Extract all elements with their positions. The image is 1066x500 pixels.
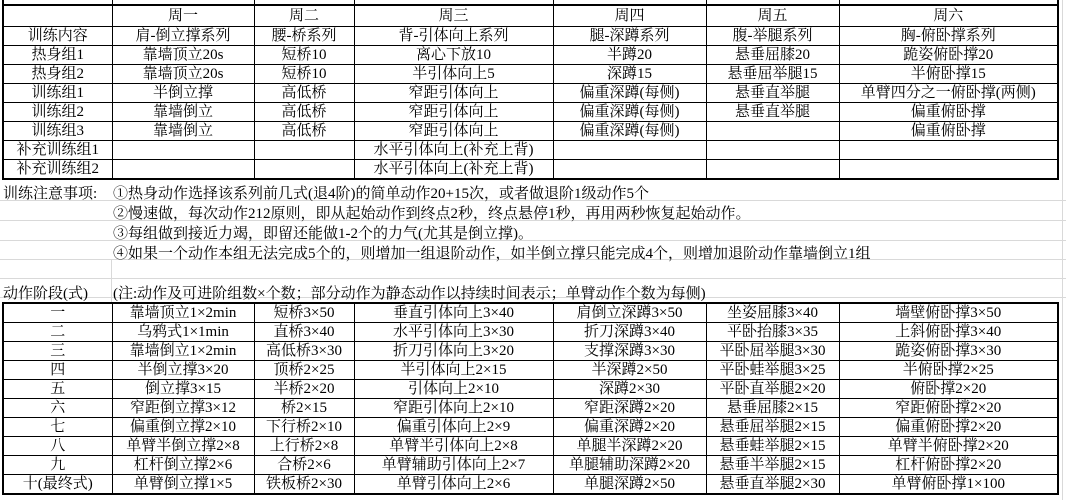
schedule-row: 训练内容肩-倒立撑系列腰-桥系列背-引体向上系列腿-深蹲系列腹-举腿系列胸-俯卧… [3,27,1058,46]
schedule-cell[interactable]: 靠墙顶立20s [112,65,254,84]
schedule-cell[interactable]: 半蹲20 [553,46,706,65]
schedule-cell[interactable]: 深蹲15 [553,65,706,84]
schedule-cell[interactable]: 高低桥 [254,103,354,122]
stage-cell[interactable]: 直桥3×40 [254,323,354,342]
stage-cell[interactable]: 杠杆倒立撑2×6 [112,456,254,475]
day-header-row: 周一周二周三周四周五周六 [3,5,1058,27]
schedule-row: 热身组1靠墙顶立20s短桥10离心下放10半蹲20悬垂屈膝20跪姿俯卧撑20 [3,46,1058,65]
schedule-cell[interactable]: 偏重深蹲(每侧) [553,84,706,103]
schedule-cell[interactable]: 悬垂屈膝20 [706,46,839,65]
stage-cell[interactable]: 偏重引体向上2×9 [354,418,553,437]
stage-row: 八单臂半倒立撑2×8上行桥2×8单臂半引体向上2×8单腿半深蹲2×20悬垂蛙举腿… [3,437,1058,456]
schedule-cell[interactable]: 半引体向上5 [354,65,553,84]
stage-cell[interactable]: 支撑深蹲3×30 [553,342,706,361]
stage-cell[interactable]: 桥2×15 [254,399,354,418]
stage-row-label[interactable]: 三 [3,342,112,361]
stage-cell[interactable]: 半俯卧撑2×25 [839,361,1058,380]
stage-cell[interactable]: 单腿深蹲2×50 [553,475,706,495]
schedule-cell[interactable]: 偏重深蹲(每侧) [553,103,706,122]
stage-cell[interactable]: 半倒立撑3×20 [112,361,254,380]
schedule-row: 补充训练组1水平引体向上(补充上背) [3,141,1058,160]
stage-cell[interactable]: 上斜俯卧撑3×40 [839,323,1058,342]
schedule-row-label[interactable]: 补充训练组2 [3,160,112,180]
stage-cell[interactable]: 水平引体向上3×30 [354,323,553,342]
stage-cell[interactable]: 窄距倒立撑3×12 [112,399,254,418]
stage-cell[interactable]: 引体向上2×10 [354,380,553,399]
stage-cell[interactable]: 偏重深蹲2×20 [553,418,706,437]
stage-cell[interactable]: 靠墙顶立1×2min [112,303,254,323]
stage-cell[interactable]: 肩倒立深蹲3×50 [553,303,706,323]
schedule-row-label[interactable]: 训练组1 [3,84,112,103]
corner-cell[interactable] [3,5,112,27]
stage-cell[interactable]: 高低桥3×30 [254,342,354,361]
schedule-cell[interactable]: 短桥10 [254,65,354,84]
schedule-cell[interactable] [254,160,354,180]
stage-row: 十(最终式)单臂倒立撑1×5铁板桥2×30单臂引体向上2×6单腿深蹲2×50悬垂… [3,475,1058,495]
stage-row: 一靠墙顶立1×2min短桥3×50垂直引体向上3×40肩倒立深蹲3×50坐姿屈膝… [3,303,1058,323]
stage-cell[interactable]: 窄距深蹲2×20 [553,399,706,418]
stage-cell[interactable]: 单臂引体向上2×6 [354,475,553,495]
schedule-row-label[interactable]: 训练组2 [3,103,112,122]
stage-cell[interactable]: 俯卧撑2×20 [839,380,1058,399]
schedule-cell[interactable]: 窄距引体向上 [354,84,553,103]
stage-row-label[interactable]: 十(最终式) [3,475,112,495]
stage-row: 六窄距倒立撑3×12桥2×15窄距引体向上2×10窄距深蹲2×20悬垂屈膝2×1… [3,399,1058,418]
schedule-row-label[interactable]: 训练内容 [3,27,112,46]
stage-cell[interactable]: 平卧抬膝3×35 [706,323,839,342]
schedule-cell[interactable]: 悬垂直举腿 [706,103,839,122]
stage-cell[interactable]: 半桥2×20 [254,380,354,399]
stage-cell[interactable]: 单臂倒立撑1×5 [112,475,254,495]
note-line[interactable]: ①热身动作选择该系列前几式(退4阶)的简单动作20+15次，或者做退阶1级动作5… [113,184,649,204]
stage-row-label[interactable]: 二 [3,323,112,342]
schedule-cell[interactable]: 悬垂直举腿 [706,84,839,103]
stage-cell[interactable]: 偏重倒立撑2×10 [112,418,254,437]
stage-row: 四半倒立撑3×20顶桥2×25半引体向上2×15半深蹲2×50平卧蛙举腿3×25… [3,361,1058,380]
stage-cell[interactable]: 悬垂蛙举腿2×15 [706,437,839,456]
schedule-cell[interactable] [706,160,839,180]
stage-row-label[interactable]: 四 [3,361,112,380]
stage-cell[interactable]: 短桥3×50 [254,303,354,323]
stage-cell[interactable]: 半引体向上2×15 [354,361,553,380]
schedule-row-label[interactable]: 补充训练组1 [3,141,112,160]
schedule-cell[interactable] [112,160,254,180]
stage-cell[interactable]: 平卧直举腿2×20 [706,380,839,399]
stage-cell[interactable]: 乌鸦式1×1min [112,323,254,342]
stage-cell[interactable]: 单腿半深蹲2×20 [553,437,706,456]
schedule-cell[interactable]: 短桥10 [254,46,354,65]
stage-row-label[interactable]: 五 [3,380,112,399]
stage-cell[interactable]: 杠杆俯卧撑2×20 [839,456,1058,475]
schedule-cell[interactable]: 腿-深蹲系列 [553,27,706,46]
schedule-cell[interactable]: 靠墙倒立 [112,122,254,141]
stage-cell[interactable]: 单臂辅助引体向上2×7 [354,456,553,475]
stage-cell[interactable]: 折刀引体向上3×20 [354,342,553,361]
stage-row: 九杠杆倒立撑2×6合桥2×6单臂辅助引体向上2×7单腿辅助深蹲2×20悬垂半举腿… [3,456,1058,475]
stage-cell[interactable]: 悬垂屈举腿2×15 [706,418,839,437]
schedule-cell[interactable]: 腹-举腿系列 [706,27,839,46]
schedule-cell[interactable]: 悬垂屈举腿15 [706,65,839,84]
schedule-cell[interactable]: 高低桥 [254,84,354,103]
stage-cell[interactable]: 单臂俯卧撑1×100 [839,475,1058,495]
schedule-table: 周一周二周三周四周五周六训练内容肩-倒立撑系列腰-桥系列背-引体向上系列腿-深蹲… [2,0,1059,180]
note-line[interactable]: ③每组做到接近力竭，即留还能做1-2个的力气(尤其是倒立撑)。 [113,224,533,244]
schedule-cell[interactable]: 背-引体向上系列 [354,27,553,46]
day-header-cell[interactable]: 周二 [254,5,354,27]
schedule-cell[interactable]: 偏重俯卧撑 [839,122,1058,141]
schedule-cell[interactable]: 偏重深蹲(每侧) [553,122,706,141]
stage-cell[interactable]: 窄距引体向上2×10 [354,399,553,418]
schedule-cell[interactable]: 高低桥 [254,122,354,141]
stage-cell[interactable]: 跪姿俯卧撑3×30 [839,342,1058,361]
stage-cell[interactable]: 墙壁俯卧撑3×50 [839,303,1058,323]
schedule-cell[interactable]: 偏重俯卧撑 [839,103,1058,122]
day-header-cell[interactable]: 周四 [553,5,706,27]
schedule-row: 训练组2靠墙倒立高低桥窄距引体向上偏重深蹲(每侧)悬垂直举腿偏重俯卧撑 [3,103,1058,122]
schedule-row: 训练组1半倒立撑高低桥窄距引体向上偏重深蹲(每侧)悬垂直举腿单臂四分之一俯卧撑(… [3,84,1058,103]
stage-cell[interactable]: 合桥2×6 [254,456,354,475]
schedule-cell[interactable]: 窄距引体向上 [354,122,553,141]
schedule-cell[interactable]: 靠墙顶立20s [112,46,254,65]
stage-row-label[interactable]: 九 [3,456,112,475]
schedule-cell[interactable]: 半俯卧撑15 [839,65,1058,84]
stage-cell[interactable]: 坐姿屈膝3×40 [706,303,839,323]
stage-cell[interactable]: 折刀深蹲3×40 [553,323,706,342]
schedule-cell[interactable]: 肩-倒立撑系列 [112,27,254,46]
stage-row: 三靠墙倒立1×2min高低桥3×30折刀引体向上3×20支撑深蹲3×30平卧屈举… [3,342,1058,361]
stage-cell[interactable]: 靠墙倒立1×2min [112,342,254,361]
schedule-cell[interactable]: 胸-俯卧撑系列 [839,27,1058,46]
stage-cell[interactable]: 单腿辅助深蹲2×20 [553,456,706,475]
stage-cell[interactable]: 铁板桥2×30 [254,475,354,495]
stage-row-label[interactable]: 七 [3,418,112,437]
stage-cell[interactable]: 单臂半引体向上2×8 [354,437,553,456]
stage-cell[interactable]: 半深蹲2×50 [553,361,706,380]
faint-gridline [1062,0,1063,500]
note-line[interactable]: ④如果一个动作本组无法完成5个的，则增加一组退阶动作，如半倒立撑只能完成4个，则… [113,244,871,264]
faint-gridline [111,259,112,302]
schedule-cell[interactable]: 跪姿俯卧撑20 [839,46,1058,65]
schedule-cell[interactable] [254,141,354,160]
schedule-row-label[interactable]: 热身组1 [3,46,112,65]
day-header-cell[interactable]: 周六 [839,5,1058,27]
stage-cell[interactable]: 平卧蛙举腿3×25 [706,361,839,380]
schedule-cell[interactable] [706,122,839,141]
stage-cell[interactable]: 上行桥2×8 [254,437,354,456]
schedule-cell[interactable] [112,141,254,160]
stage-cell[interactable]: 单臂半倒立撑2×8 [112,437,254,456]
schedule-cell[interactable] [706,141,839,160]
stage-row: 七偏重倒立撑2×10下行桥2×10偏重引体向上2×9偏重深蹲2×20悬垂屈举腿2… [3,418,1058,437]
schedule-cell[interactable]: 半倒立撑 [112,84,254,103]
stage-cell[interactable]: 垂直引体向上3×40 [354,303,553,323]
stage-cell[interactable]: 悬垂直举腿2×30 [706,475,839,495]
schedule-cell[interactable]: 腰-桥系列 [254,27,354,46]
schedule-row: 补充训练组2水平引体向上(补充上背) [3,160,1058,180]
stage-cell[interactable]: 深蹲2×30 [553,380,706,399]
stage-row-label[interactable]: 六 [3,399,112,418]
stage-section-note[interactable]: (注:动作及可进阶组数×个数；部分动作为静态动作以持续时间表示；单臂动作个数为每… [113,284,706,304]
stage-cell[interactable]: 平卧屈举腿3×30 [706,342,839,361]
notes-label[interactable]: 训练注意事项: [3,184,97,204]
stage-row: 二乌鸦式1×1min直桥3×40水平引体向上3×30折刀深蹲3×40平卧抬膝3×… [3,323,1058,342]
stage-cell[interactable]: 顶桥2×25 [254,361,354,380]
schedule-cell[interactable] [839,160,1058,180]
schedule-cell[interactable]: 靠墙倒立 [112,103,254,122]
spreadsheet-canvas: { "colors":{"border":"#000000","faint_gr… [0,0,1066,500]
schedule-cell[interactable]: 水平引体向上(补充上背) [354,160,553,180]
schedule-cell[interactable]: 水平引体向上(补充上背) [354,141,553,160]
stage-cell[interactable]: 下行桥2×10 [254,418,354,437]
stage-cell[interactable]: 单臂半俯卧撑2×20 [839,437,1058,456]
day-header-cell[interactable]: 周五 [706,5,839,27]
schedule-cell[interactable] [839,141,1058,160]
stage-cell[interactable]: 悬垂半举腿2×15 [706,456,839,475]
stage-row-label[interactable]: 八 [3,437,112,456]
stage-cell[interactable]: 悬垂屈膝2×15 [706,399,839,418]
stage-row-label[interactable]: 一 [3,303,112,323]
faint-gridline [0,278,1066,279]
stage-row: 五倒立撑3×15半桥2×20引体向上2×10深蹲2×30平卧直举腿2×20俯卧撑… [3,380,1058,399]
schedule-row-label[interactable]: 训练组3 [3,122,112,141]
stage-cell[interactable]: 窄距俯卧撑2×20 [839,399,1058,418]
schedule-cell[interactable] [553,141,706,160]
day-header-cell[interactable]: 周三 [354,5,553,27]
schedule-cell[interactable] [553,160,706,180]
schedule-cell[interactable]: 单臂四分之一俯卧撑(两侧) [839,84,1058,103]
day-header-cell[interactable]: 周一 [112,5,254,27]
note-line[interactable]: ②慢速做，每次动作212原则，即从起始动作到终点2秒，终点悬停1秒，再用两秒恢复… [113,204,751,224]
stage-cell[interactable]: 倒立撑3×15 [112,380,254,399]
stage-cell[interactable]: 偏重俯卧撑2×20 [839,418,1058,437]
schedule-row: 训练组3靠墙倒立高低桥窄距引体向上偏重深蹲(每侧)偏重俯卧撑 [3,122,1058,141]
stage-section-label[interactable]: 动作阶段(式) [3,284,88,304]
stage-table: 一靠墙顶立1×2min短桥3×50垂直引体向上3×40肩倒立深蹲3×50坐姿屈膝… [2,302,1059,495]
schedule-cell[interactable]: 离心下放10 [354,46,553,65]
schedule-row-label[interactable]: 热身组2 [3,65,112,84]
schedule-row: 热身组2靠墙顶立20s短桥10半引体向上5深蹲15悬垂屈举腿15半俯卧撑15 [3,65,1058,84]
schedule-cell[interactable]: 窄距引体向上 [354,103,553,122]
